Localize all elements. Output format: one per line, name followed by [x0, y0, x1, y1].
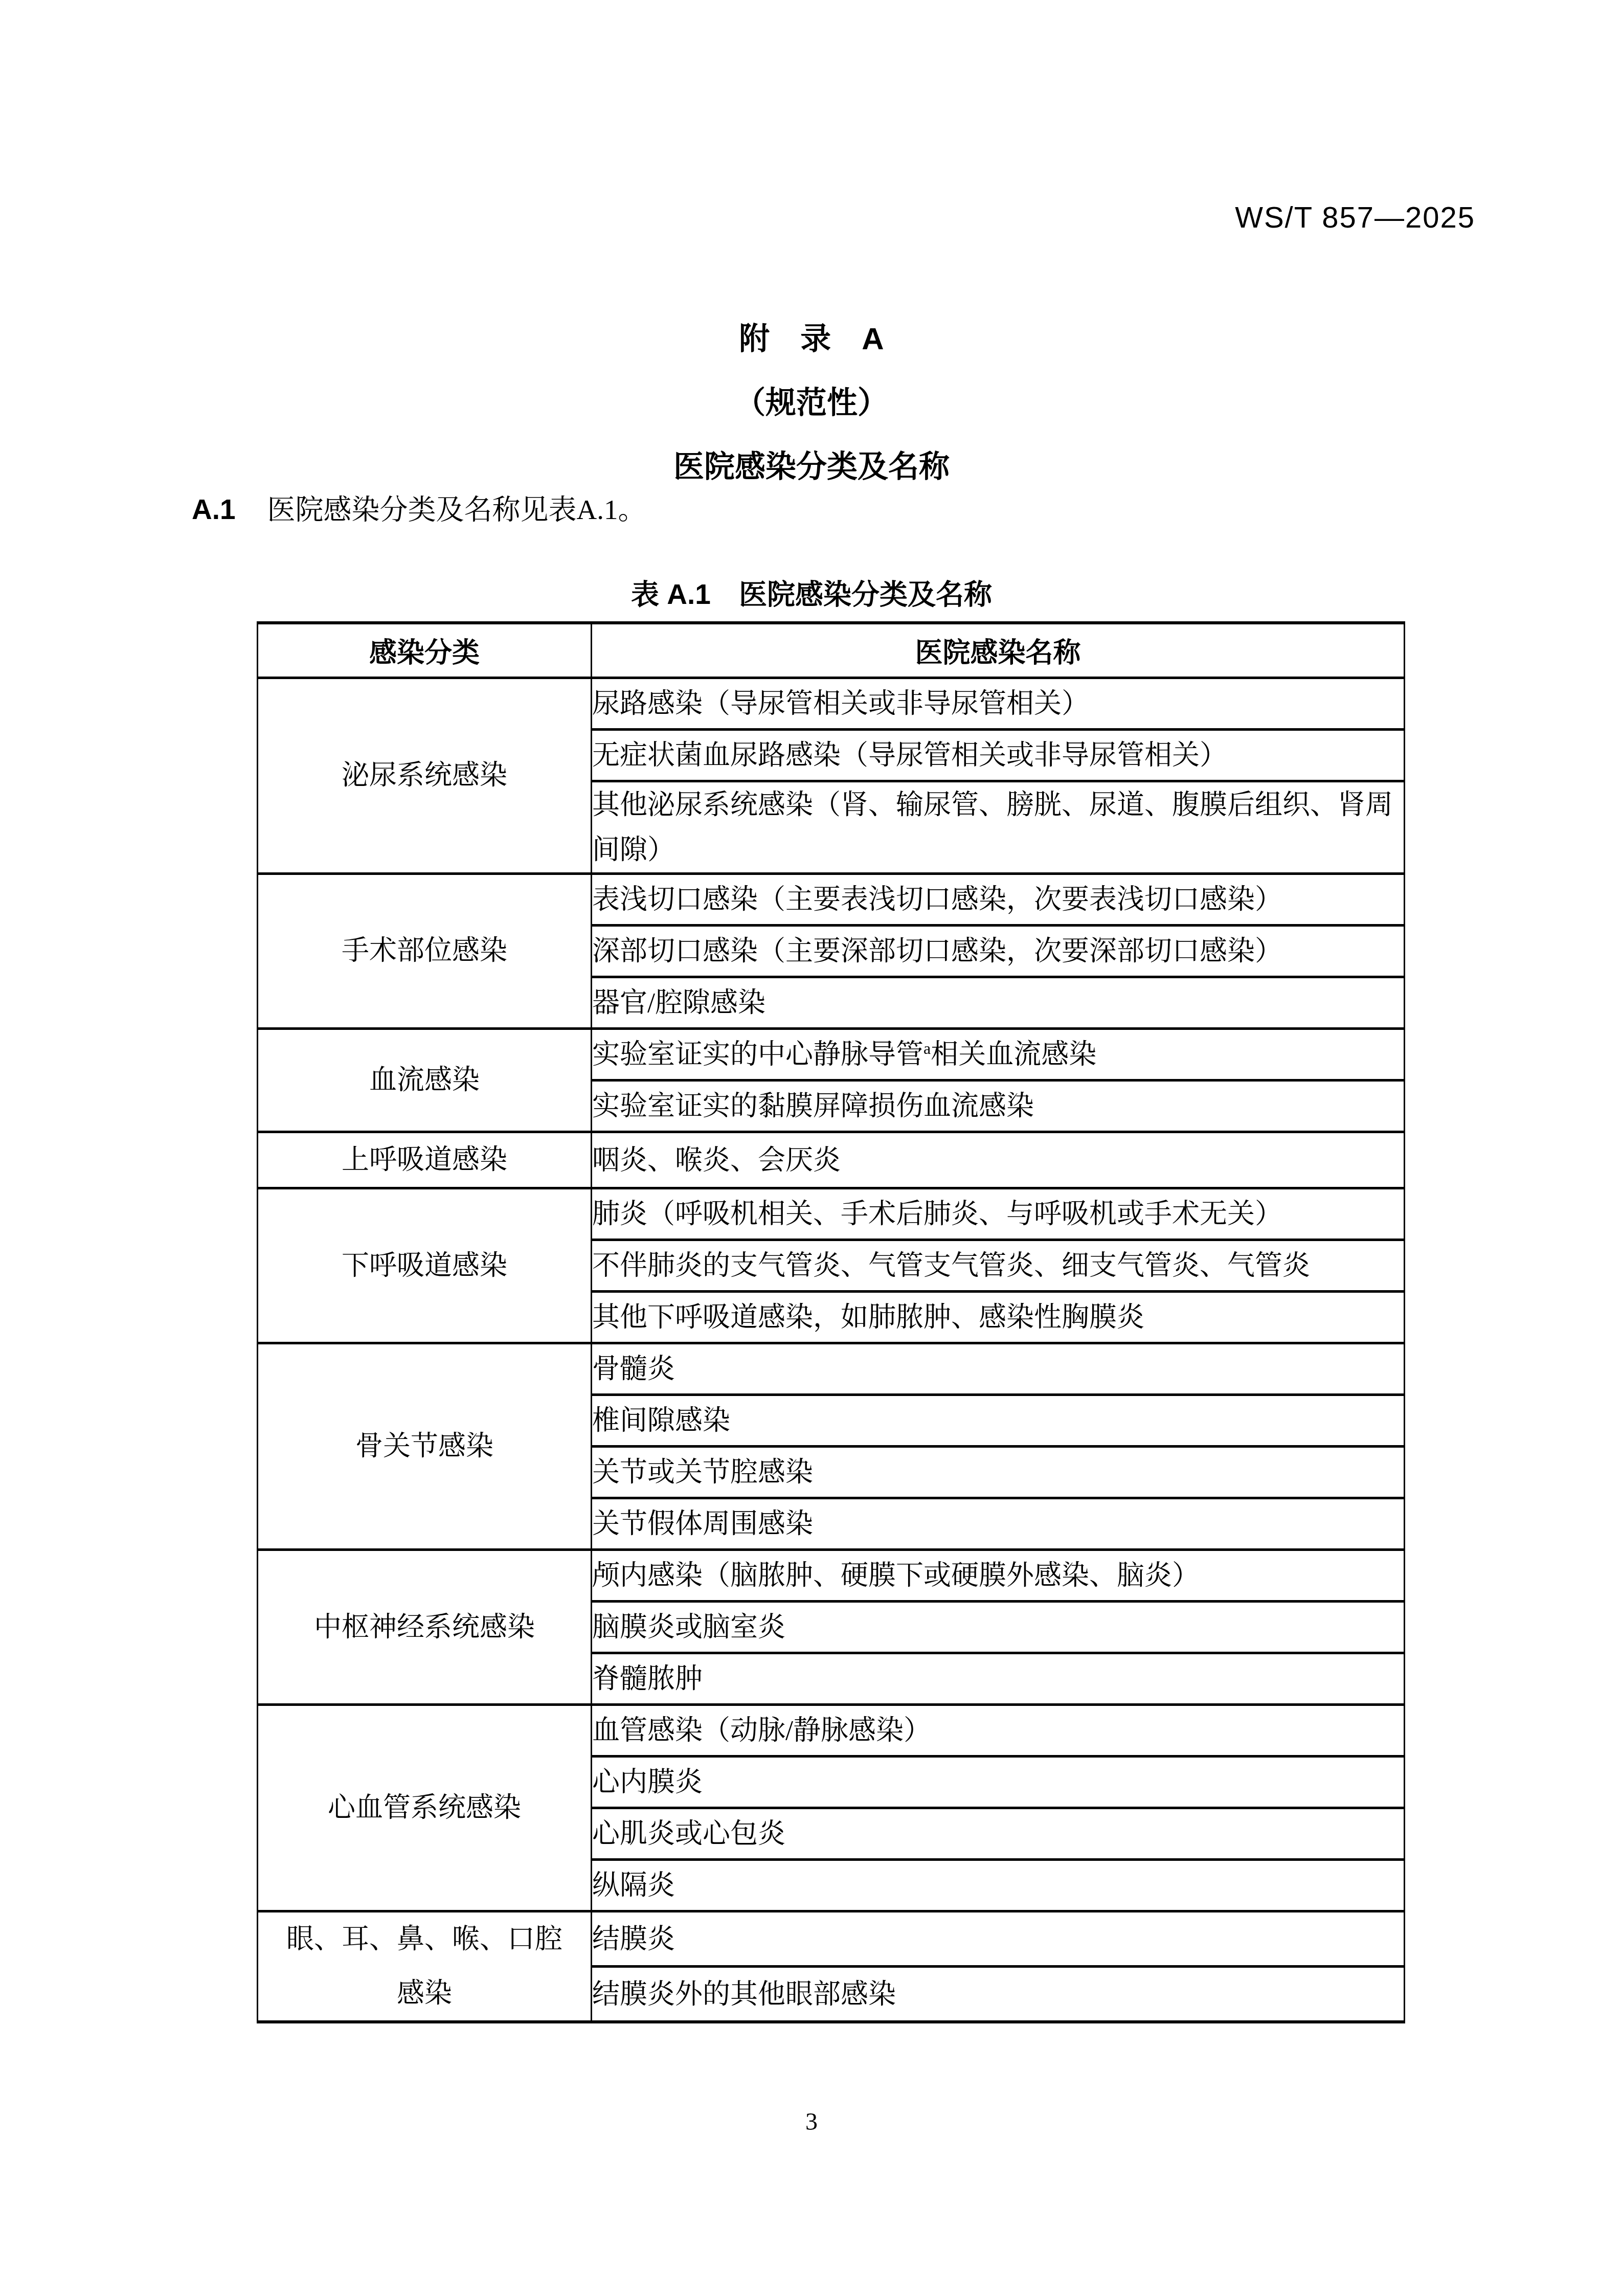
document-page: { "page": { "doc_number": "WS/T 857—2025… [0, 0, 1623, 2296]
infection-name-cell: 关节假体周围感染 [592, 1498, 1405, 1550]
category-cell: 血流感染 [258, 1029, 592, 1132]
table-row: 中枢神经系统感染 颅内感染（脑脓肿、硬膜下或硬膜外感染、脑炎） [258, 1550, 1405, 1602]
clause-number: A.1 [192, 493, 236, 525]
infection-name-cell: 骨髓炎 [592, 1343, 1405, 1395]
infection-name-cell: 脑膜炎或脑室炎 [592, 1602, 1405, 1653]
infection-name-cell: 肺炎（呼吸机相关、手术后肺炎、与呼吸机或手术无关） [592, 1188, 1405, 1240]
infection-name-cell: 关节或关节腔感染 [592, 1447, 1405, 1498]
column-header-name: 医院感染名称 [592, 623, 1405, 678]
infection-name-cell: 表浅切口感染（主要表浅切口感染，次要表浅切口感染） [592, 874, 1405, 926]
infection-classification-table: 感染分类 医院感染名称 泌尿系统感染 尿路感染（导尿管相关或非导尿管相关） 无症… [257, 621, 1405, 2023]
category-cell: 下呼吸道感染 [258, 1188, 592, 1343]
table-row: 泌尿系统感染 尿路感染（导尿管相关或非导尿管相关） [258, 678, 1405, 730]
category-cell: 心血管系统感染 [258, 1705, 592, 1911]
infection-name-cell: 椎间隙感染 [592, 1395, 1405, 1447]
category-cell: 手术部位感染 [258, 874, 592, 1029]
table-row: 眼、耳、鼻、喉、口腔 感染 结膜炎 [258, 1911, 1405, 1967]
table-row: 心血管系统感染 血管感染（动脉/静脉感染） [258, 1705, 1405, 1757]
infection-name-cell: 心内膜炎 [592, 1757, 1405, 1808]
table-row: 血流感染 实验室证实的中心静脉导管a相关血流感染 [258, 1029, 1405, 1081]
table-row: 骨关节感染 骨髓炎 [258, 1343, 1405, 1395]
category-cell: 眼、耳、鼻、喉、口腔 感染 [258, 1911, 592, 2022]
infection-name-cell: 颅内感染（脑脓肿、硬膜下或硬膜外感染、脑炎） [592, 1550, 1405, 1602]
infection-name-cell: 咽炎、喉炎、会厌炎 [592, 1132, 1405, 1188]
infection-name-cell: 结膜炎外的其他眼部感染 [592, 1967, 1405, 2022]
category-cell: 上呼吸道感染 [258, 1132, 592, 1188]
table-row: 上呼吸道感染 咽炎、喉炎、会厌炎 [258, 1132, 1405, 1188]
infection-name-cell: 实验室证实的中心静脉导管a相关血流感染 [592, 1029, 1405, 1081]
infection-name-cell: 结膜炎 [592, 1911, 1405, 1967]
infection-name-cell: 其他泌尿系统感染（肾、输尿管、膀胱、尿道、腹膜后组织、肾周间隙） [592, 781, 1405, 874]
footnote-marker-a: a [923, 1039, 931, 1057]
infection-name-cell: 脊髓脓肿 [592, 1653, 1405, 1705]
table-row: 下呼吸道感染 肺炎（呼吸机相关、手术后肺炎、与呼吸机或手术无关） [258, 1188, 1405, 1240]
table-caption: 表 A.1 医院感染分类及名称 [0, 572, 1623, 612]
infection-name-cell: 血管感染（动脉/静脉感染） [592, 1705, 1405, 1757]
page-number: 3 [0, 2108, 1623, 2136]
infection-name-cell: 纵隔炎 [592, 1860, 1405, 1911]
appendix-label: 附 录 A [0, 307, 1623, 371]
infection-name-cell: 尿路感染（导尿管相关或非导尿管相关） [592, 678, 1405, 730]
cell-text: 相关血流感染 [931, 1039, 1096, 1070]
category-cell: 中枢神经系统感染 [258, 1550, 592, 1705]
infection-name-cell: 不伴肺炎的支气管炎、气管支气管炎、细支气管炎、气管炎 [592, 1240, 1405, 1292]
infection-name-cell: 深部切口感染（主要深部切口感染，次要深部切口感染） [592, 926, 1405, 977]
infection-name-cell: 无症状菌血尿路感染（导尿管相关或非导尿管相关） [592, 730, 1405, 781]
standard-number: WS/T 857—2025 [1235, 200, 1475, 235]
category-cell: 骨关节感染 [258, 1343, 592, 1550]
table-row: 手术部位感染 表浅切口感染（主要表浅切口感染，次要表浅切口感染） [258, 874, 1405, 926]
infection-name-cell: 器官/腔隙感染 [592, 977, 1405, 1029]
cell-text: 实验室证实的中心静脉导管 [592, 1039, 923, 1070]
column-header-category: 感染分类 [258, 623, 592, 678]
infection-name-cell: 其他下呼吸道感染，如肺脓肿、感染性胸膜炎 [592, 1292, 1405, 1343]
clause-text: 医院感染分类及名称见表A.1。 [267, 494, 646, 525]
category-cell: 泌尿系统感染 [258, 678, 592, 874]
appendix-normative-label: （规范性） [0, 371, 1623, 435]
appendix-title-block: 附 录 A （规范性） 医院感染分类及名称 [0, 307, 1623, 499]
clause-a1: A.1医院感染分类及名称见表A.1。 [192, 487, 646, 527]
infection-name-cell: 实验室证实的黏膜屏障损伤血流感染 [592, 1081, 1405, 1132]
table-header-row: 感染分类 医院感染名称 [258, 623, 1405, 678]
infection-name-cell: 心肌炎或心包炎 [592, 1808, 1405, 1860]
